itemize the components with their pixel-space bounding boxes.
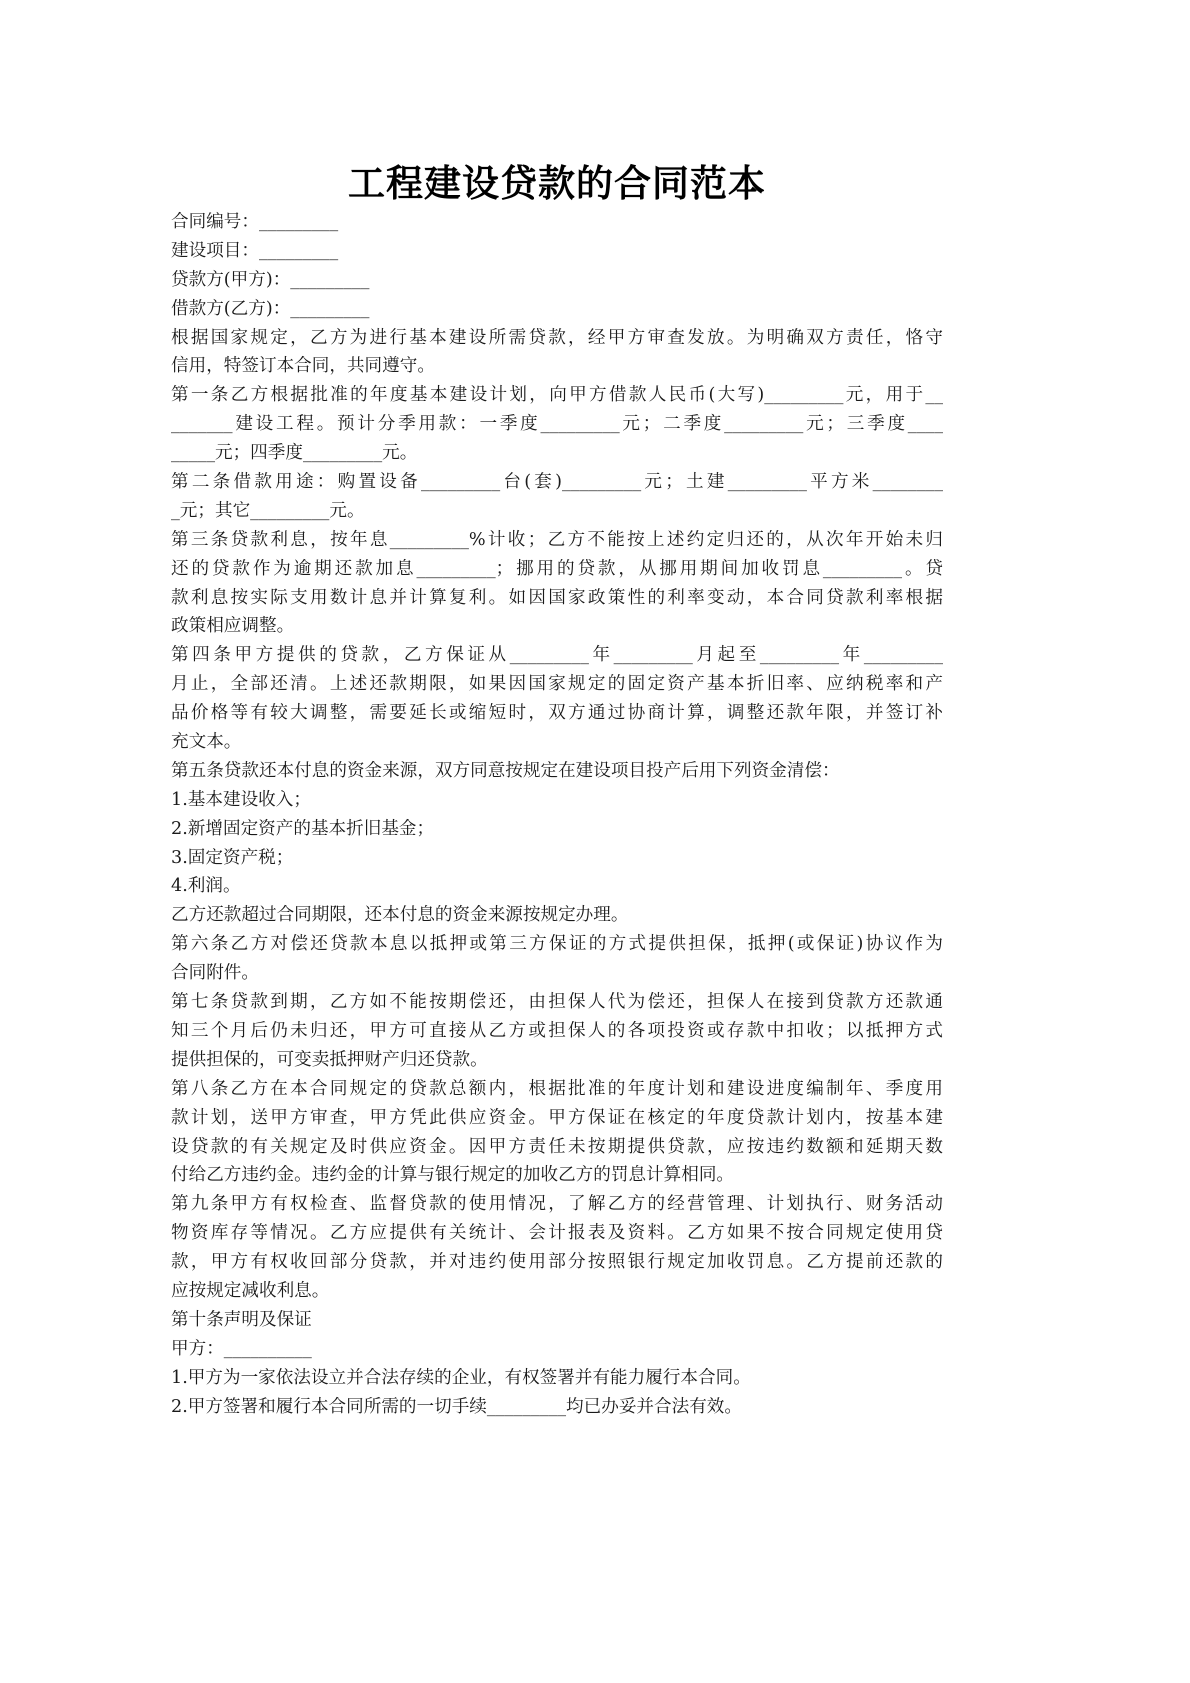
document-title: 工程建设贷款的合同范本 — [171, 162, 943, 206]
document-line: 4.利润。 — [171, 872, 943, 901]
document-line: 第十条声明及保证 — [171, 1306, 943, 1335]
document-line: 款，甲方有权收回部分贷款，并对违约使用部分按照银行规定加收罚息。乙方提前还款的 — [171, 1248, 943, 1277]
document-line: 3.固定资产税； — [171, 844, 943, 873]
document-line: 还的贷款作为逾期还款加息_________；挪用的贷款，从挪用期间加收罚息___… — [171, 555, 943, 584]
document-line: 合同附件。 — [171, 959, 943, 988]
document-line: _______建设工程。预计分季用款：一季度_________元；二季度____… — [171, 410, 943, 439]
document-line: 乙方还款超过合同期限，还本付息的资金来源按规定办理。 — [171, 901, 943, 930]
document-line: 充文本。 — [171, 728, 943, 757]
document-line: 2.新增固定资产的基本折旧基金； — [171, 815, 943, 844]
document-line: 根据国家规定，乙方为进行基本建设所需贷款，经甲方审查发放。为明确双方责任，恪守 — [171, 324, 943, 353]
document-line: 月止，全部还清。上述还款期限，如果因国家规定的固定资产基本折旧率、应纳税率和产 — [171, 670, 943, 699]
document-line: 款计划，送甲方审查，甲方凭此供应资金。甲方保证在核定的年度贷款计划内，按基本建 — [171, 1104, 943, 1133]
document-line: 2.甲方签署和履行本合同所需的一切手续_________均已办妥并合法有效。 — [171, 1393, 943, 1422]
document-line: 第三条贷款利息，按年息_________%计收；乙方不能按上述约定归还的，从次年… — [171, 526, 943, 555]
document-line: 第八条乙方在本合同规定的贷款总额内，根据批准的年度计划和建设进度编制年、季度用 — [171, 1075, 943, 1104]
document-line: 知三个月后仍未归还，甲方可直接从乙方或担保人的各项投资或存款中扣收；以抵押方式 — [171, 1017, 943, 1046]
document-line: 款利息按实际支用数计息并计算复利。如因国家政策性的利率变动，本合同贷款利率根据 — [171, 584, 943, 613]
document-line: 第七条贷款到期，乙方如不能按期偿还，由担保人代为偿还，担保人在接到贷款方还款通 — [171, 988, 943, 1017]
document-line: 甲方：__________ — [171, 1335, 943, 1364]
document-line: 贷款方(甲方)：_________ — [171, 266, 943, 295]
document-body: 合同编号：_________建设项目：_________贷款方(甲方)：____… — [171, 208, 943, 1421]
document-line: 付给乙方违约金。违约金的计算与银行规定的加收乙方的罚息计算相同。 — [171, 1161, 943, 1190]
document-line: _____元；四季度_________元。 — [171, 439, 943, 468]
document-line: 信用，特签订本合同，共同遵守。 — [171, 352, 943, 381]
document-line: 政策相应调整。 — [171, 612, 943, 641]
document-line: 建设项目：_________ — [171, 237, 943, 266]
document-line: 1.基本建设收入； — [171, 786, 943, 815]
document-line: 应按规定减收利息。 — [171, 1277, 943, 1306]
document-line: 品价格等有较大调整，需要延长或缩短时，双方通过协商计算，调整还款年限，并签订补 — [171, 699, 943, 728]
document-line: 提供担保的，可变卖抵押财产归还贷款。 — [171, 1046, 943, 1075]
document-line: 第四条甲方提供的贷款，乙方保证从_________年_________月起至__… — [171, 641, 943, 670]
document-line: 借款方(乙方)：_________ — [171, 295, 943, 324]
document-line: 第六条乙方对偿还贷款本息以抵押或第三方保证的方式提供担保，抵押(或保证)协议作为 — [171, 930, 943, 959]
document-line: 1.甲方为一家依法设立并合法存续的企业，有权签署并有能力履行本合同。 — [171, 1364, 943, 1393]
document-line: 第九条甲方有权检查、监督贷款的使用情况，了解乙方的经营管理、计划执行、财务活动 — [171, 1190, 943, 1219]
document-line: 设贷款的有关规定及时供应资金。因甲方责任未按期提供贷款，应按违约数额和延期天数 — [171, 1133, 943, 1162]
document-line: 物资库存等情况。乙方应提供有关统计、会计报表及资料。乙方如果不按合同规定使用贷 — [171, 1219, 943, 1248]
document-line: 第五条贷款还本付息的资金来源，双方同意按规定在建设项目投产后用下列资金清偿： — [171, 757, 943, 786]
document-line: 第一条乙方根据批准的年度基本建设计划，向甲方借款人民币(大写)_________… — [171, 381, 943, 410]
document-line: 第二条借款用途：购置设备_________台(套)_________元；土建__… — [171, 468, 943, 497]
document-line: _元；其它_________元。 — [171, 497, 943, 526]
document-line: 合同编号：_________ — [171, 208, 943, 237]
